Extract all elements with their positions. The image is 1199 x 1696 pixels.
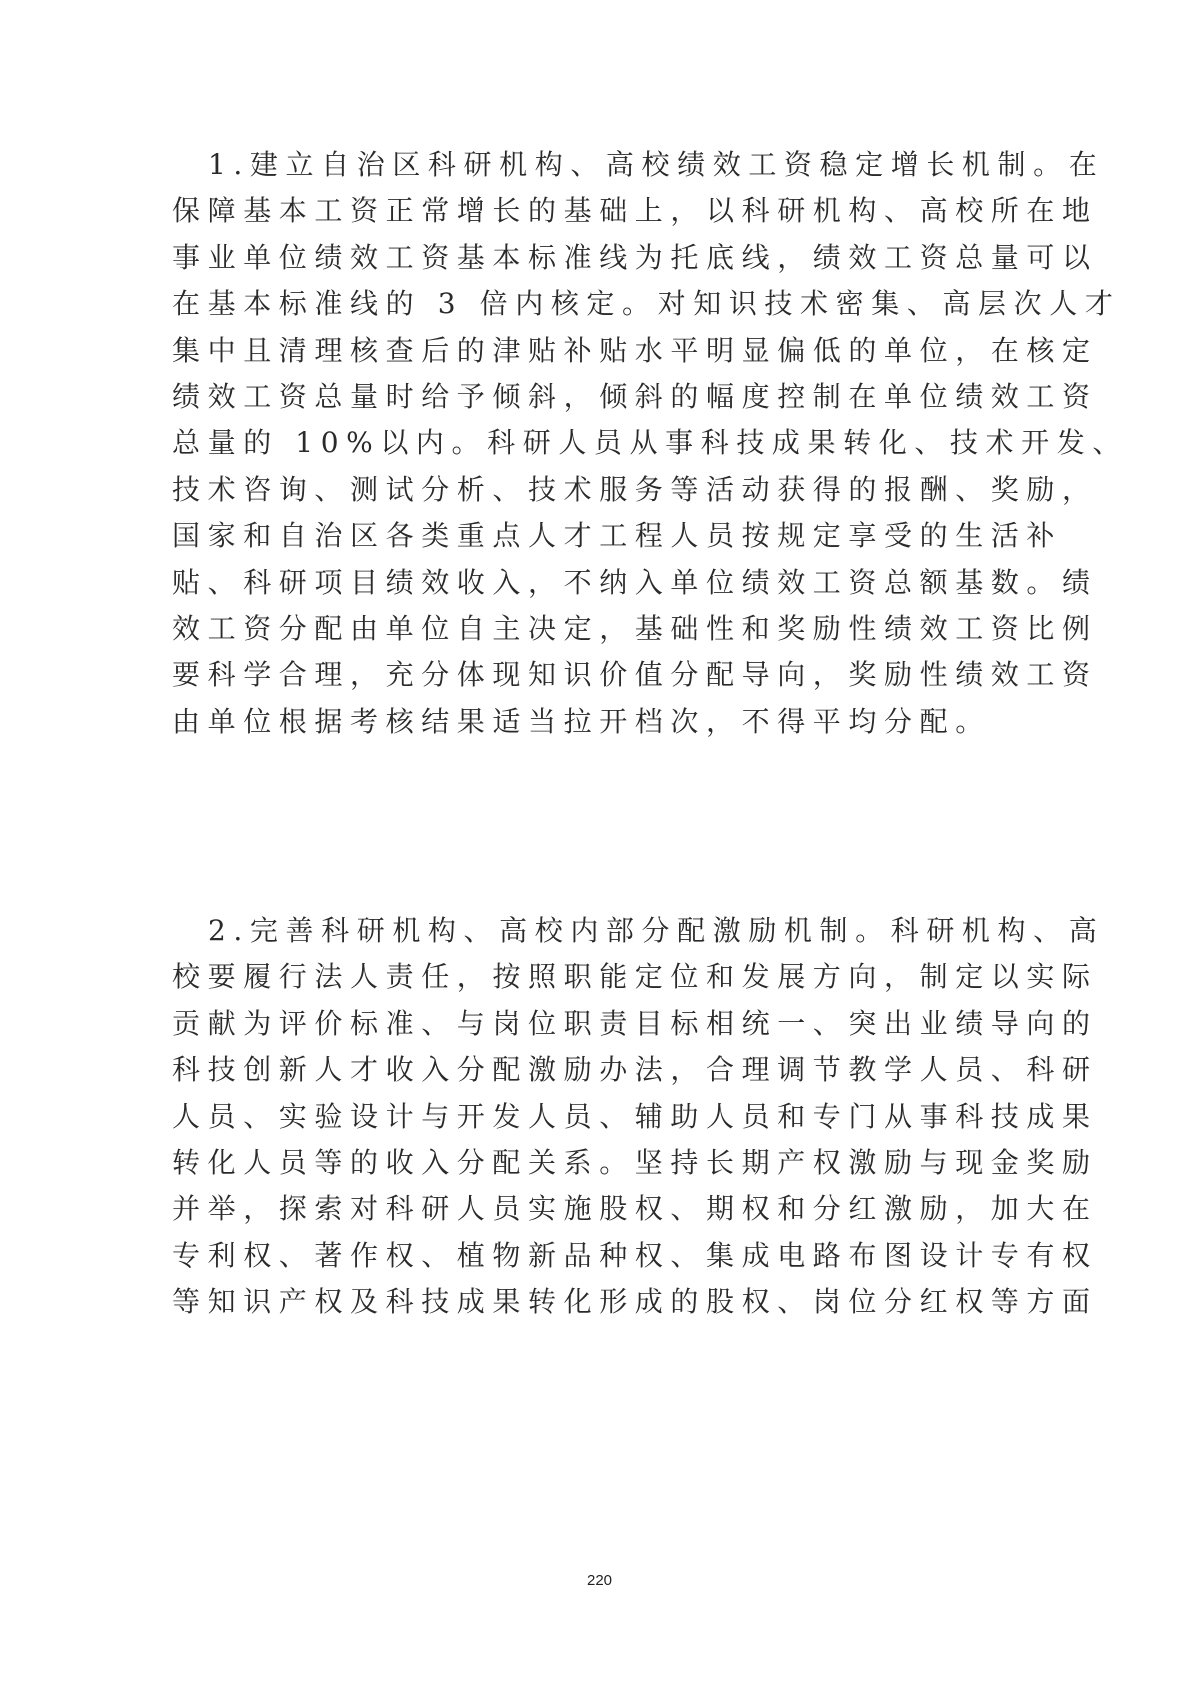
- paragraph-line: 由单位根据考核结果适当拉开档次，不得平均分配。: [172, 699, 942, 745]
- paragraph-line: 校要履行法人责任，按照职能定位和发展方向，制定以实际: [172, 954, 942, 1000]
- paragraph-line: 在基本标准线的 3 倍内核定。对知识技术密集、高层次人才: [172, 281, 942, 327]
- page-number: 220: [0, 1572, 1199, 1589]
- paragraph-line: 转化人员等的收入分配关系。坚持长期产权激励与现金奖励: [172, 1140, 942, 1186]
- paragraph-line: 贴、科研项目绩效收入，不纳入单位绩效工资总额基数。绩: [172, 560, 942, 606]
- document-page: 1.建立自治区科研机构、高校绩效工资稳定增长机制。在 保障基本工资正常增长的基础…: [0, 0, 1199, 1696]
- paragraph-line: 并举，探索对科研人员实施股权、期权和分红激励，加大在: [172, 1186, 942, 1232]
- paragraph-line: 国家和自治区各类重点人才工程人员按规定享受的生活补: [172, 513, 942, 559]
- paragraph-1: 1.建立自治区科研机构、高校绩效工资稳定增长机制。在 保障基本工资正常增长的基础…: [172, 142, 942, 745]
- paragraph-line: 要科学合理，充分体现知识价值分配导向，奖励性绩效工资: [172, 652, 942, 698]
- paragraph-line: 1.建立自治区科研机构、高校绩效工资稳定增长机制。在: [172, 142, 942, 188]
- paragraph-line: 集中且清理核查后的津贴补贴水平明显偏低的单位，在核定: [172, 328, 942, 374]
- paragraph-line: 技术咨询、测试分析、技术服务等活动获得的报酬、奖励，: [172, 467, 942, 513]
- paragraph-line: 等知识产权及科技成果转化形成的股权、岗位分红权等方面: [172, 1279, 942, 1325]
- paragraph-line: 保障基本工资正常增长的基础上，以科研机构、高校所在地: [172, 188, 942, 234]
- paragraph-line: 专利权、著作权、植物新品种权、集成电路布图设计专有权: [172, 1233, 942, 1279]
- paragraph-2: 2.完善科研机构、高校内部分配激励机制。科研机构、高 校要履行法人责任，按照职能…: [172, 908, 942, 1326]
- paragraph-line: 人员、实验设计与开发人员、辅助人员和专门从事科技成果: [172, 1094, 942, 1140]
- paragraph-line: 2.完善科研机构、高校内部分配激励机制。科研机构、高: [172, 908, 942, 954]
- paragraph-line: 效工资分配由单位自主决定，基础性和奖励性绩效工资比例: [172, 606, 942, 652]
- paragraph-line: 总量的 10%以内。科研人员从事科技成果转化、技术开发、: [172, 420, 942, 466]
- paragraph-line: 绩效工资总量时给予倾斜，倾斜的幅度控制在单位绩效工资: [172, 374, 942, 420]
- paragraph-line: 贡献为评价标准、与岗位职责目标相统一、突出业绩导向的: [172, 1001, 942, 1047]
- paragraph-line: 事业单位绩效工资基本标准线为托底线，绩效工资总量可以: [172, 235, 942, 281]
- paragraph-line: 科技创新人才收入分配激励办法，合理调节教学人员、科研: [172, 1047, 942, 1093]
